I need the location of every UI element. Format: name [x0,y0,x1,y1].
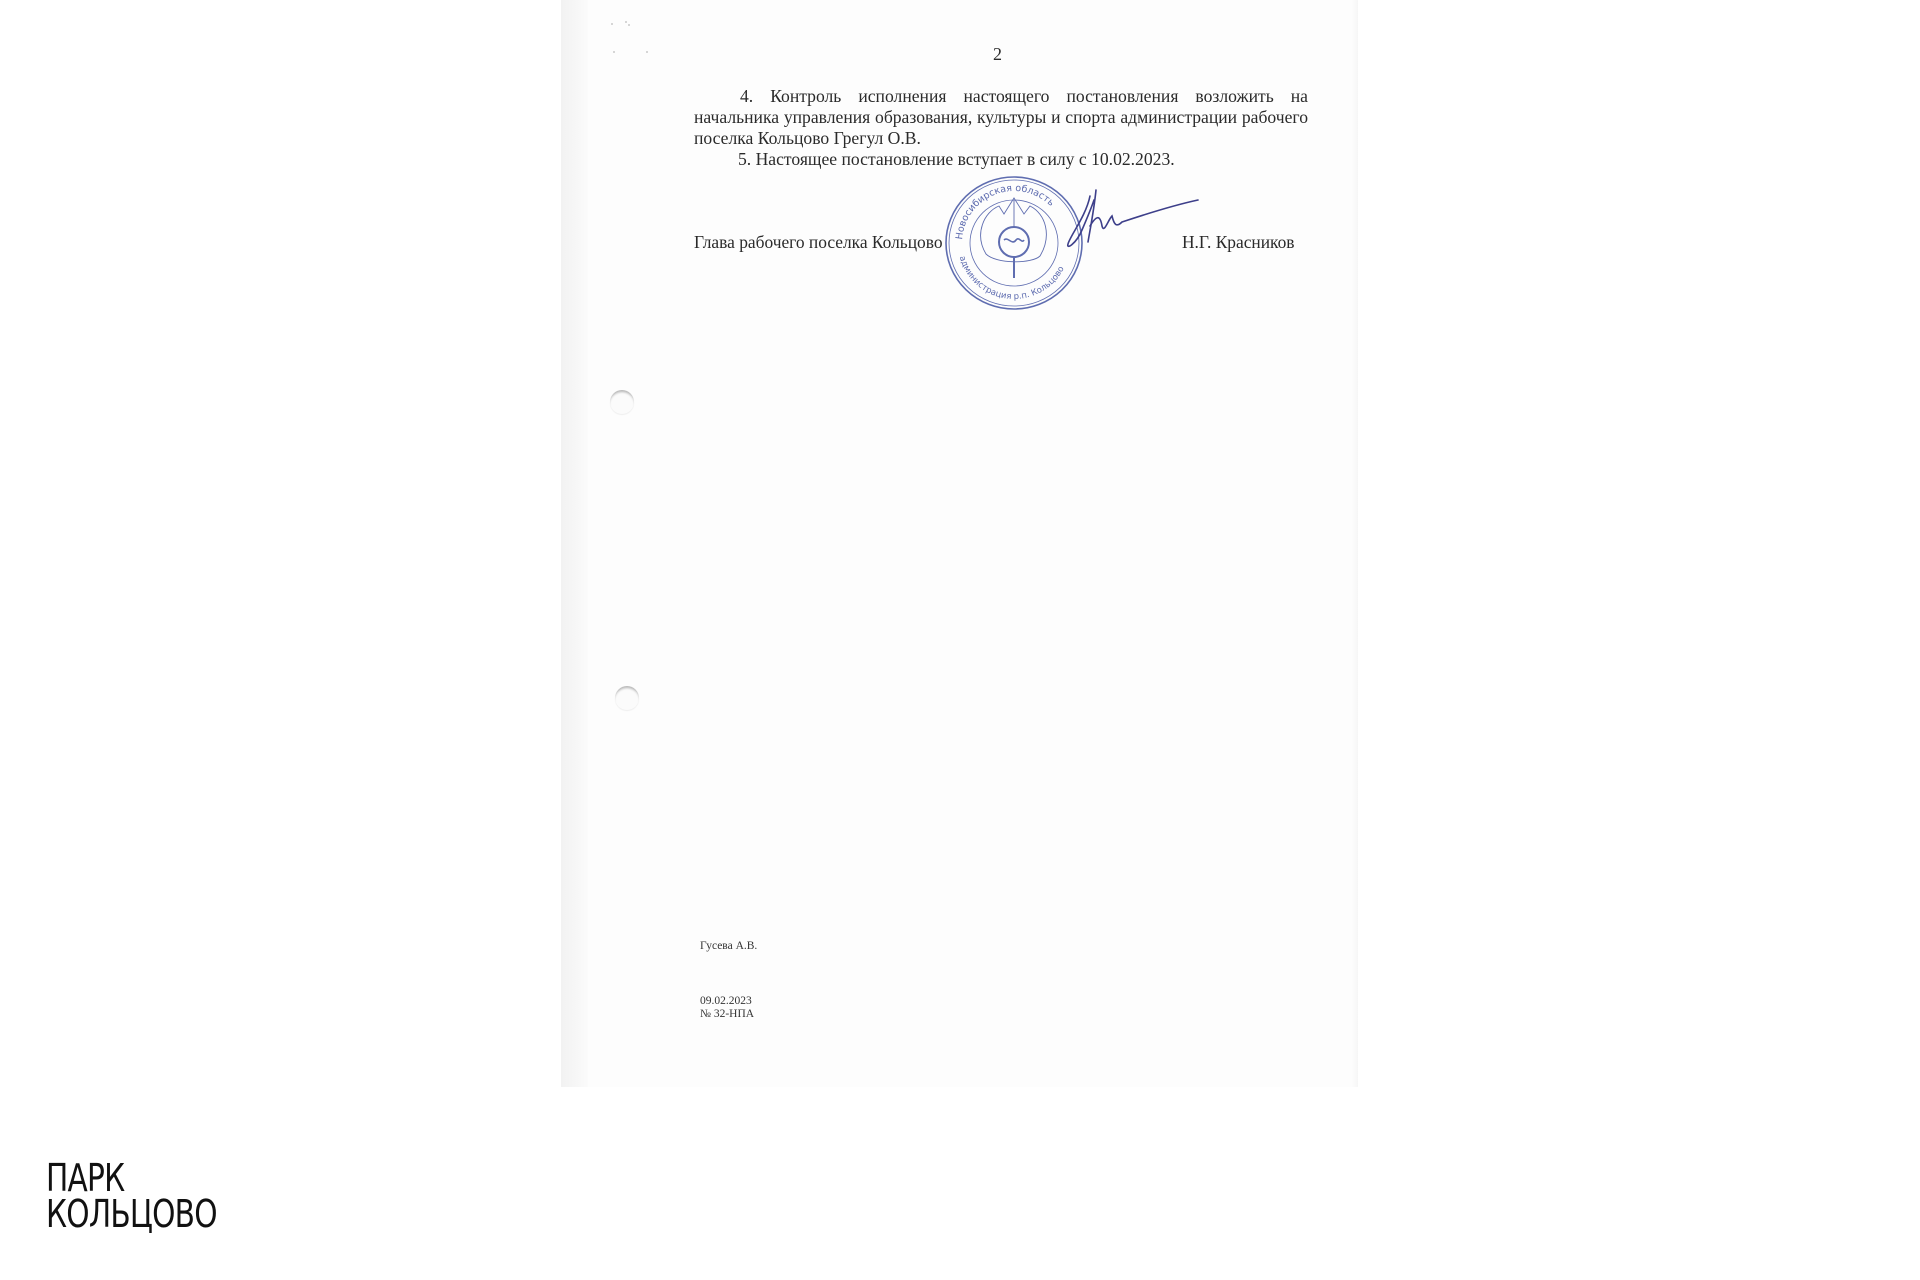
scan-speck [611,23,613,25]
paragraph-4: 4. Контроль исполнения настоящего постан… [694,86,1308,149]
scan-speck [628,24,630,26]
document-date: 09.02.2023 [700,995,752,1008]
park-koltsovo-logo[interactable]: ПАРК КОЛЬЦОВО [46,1160,265,1232]
scan-speck [646,51,648,53]
paper-right-edge [1352,0,1358,1087]
scan-speck [625,21,627,23]
paragraph-5: 5. Настоящее постановление вступает в си… [694,149,1308,170]
executor-name: Гусева А.В. [700,940,757,953]
handwritten-signature [1060,186,1200,256]
punch-hole [615,686,639,710]
logo-line-1: ПАРК [46,1160,217,1196]
logo-line-2: КОЛЬЦОВО [46,1196,217,1232]
punch-hole [610,390,634,414]
paper-edge-shadow [561,0,588,1087]
scan-speck [613,51,615,53]
page-number: 2 [993,44,1002,65]
signatory-title: Глава рабочего поселка Кольцово [694,232,943,253]
signatory-name: Н.Г. Красников [1182,232,1295,253]
document-number: № 32-НПА [700,1008,754,1021]
